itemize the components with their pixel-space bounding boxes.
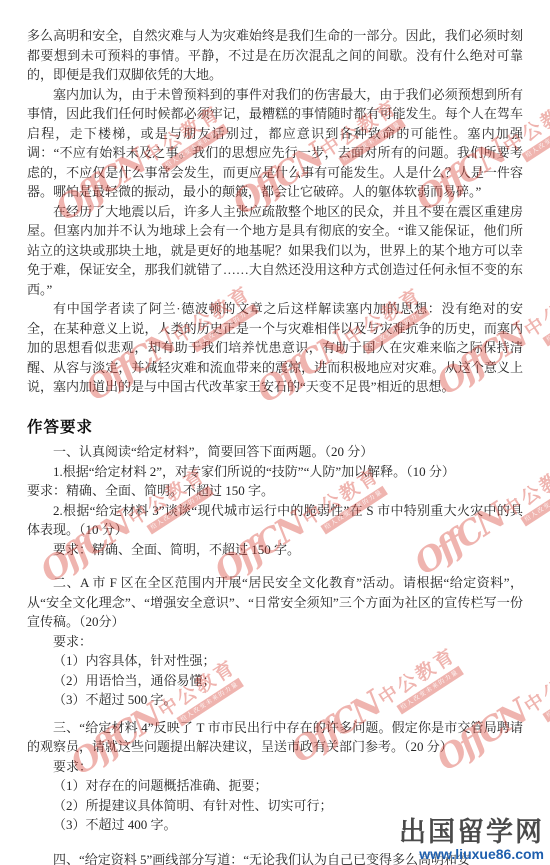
question-2-requirement: （3）不超过 500 字。 [27,690,523,710]
question-2-intro: 二、A 市 F 区在全区范围内开展“居民安全文化教育”活动。请根据“给定资料”，… [27,573,523,632]
question-1-sub2-requirement: 要求：精确、全面、简明，不超过 150 字。 [27,540,523,560]
answer-requirements-heading: 作答要求 [27,418,523,438]
essay-paragraph: 在经历了大地震以后，许多人主张应疏散整个地区的民众，并且不要在震区重建房屋。但塞… [27,202,523,300]
question-2-requirement: （2）用语恰当，通俗易懂； [27,671,523,691]
question-3-requirement: （3）不超过 400 字。 [27,815,523,835]
question-1-sub2: 2.根据“给定材料 3”谈谈“现代城市运行中的脆弱性”在 S 市中特别重大火灾中… [27,501,523,540]
offcn-slogan-ribbon: 给人改变未来的力量 [542,298,550,346]
offcn-slogan-ribbon: 给人改变未来的力量 [521,114,550,162]
offcn-slogan-ribbon: 给人改变未来的力量 [542,674,550,722]
question-1-intro: 一、认真阅读“给定材料”，简要回答下面两题。（20 分） [27,442,523,462]
question-3-requirement-label: 要求： [27,757,523,777]
question-4-intro: 四、“给定资料 5”画线部分写道：“无论我们认为自己已变得多么高明和安 [27,850,523,865]
exam-material-page: 多么高明和安全，自然灾难与人为灾难始终是我们生命的一部分。因此，我们必须时刻都要… [0,0,550,865]
offcn-brand-chinese: 中公教育 [518,272,550,343]
offcn-slogan-ribbon: 给人改变未来的力量 [520,478,550,526]
essay-paragraph: 多么高明和安全，自然灾难与人为灾难始终是我们生命的一部分。因此，我们必须时刻都要… [27,26,523,85]
question-3-intro: 三、“给定材料 4”反映了 T 市市民出行中存在的许多问题。假定你是市交管局聘请… [27,718,523,757]
essay-paragraph: 塞内加认为，由于未曾预料到的事件对我们的伤害最大，由于我们必须预想到所有事情，因… [27,85,523,202]
question-1-sub1-requirement: 要求：精确、全面、简明。不超过 150 字。 [27,481,523,501]
question-3-requirement: （2）所提建议具体简明、有针对性、切实可行； [27,796,523,816]
question-2-requirement-label: 要求： [27,632,523,652]
question-1-sub1: 1.根据“给定材料 2”，对专家们所说的“技防”“人防”加以解释。（10 分） [27,462,523,482]
question-3-requirement: （1）对存在的问题概括准确、扼要； [27,776,523,796]
offcn-brand-chinese: 中公教育 [518,648,550,719]
document-body: 多么高明和安全，自然灾难与人为灾难始终是我们生命的一部分。因此，我们必须时刻都要… [27,26,523,865]
essay-paragraph: 有中国学者读了阿兰·德波顿的文章之后这样解读塞内加的思想：没有绝对的安全，在某种… [27,299,523,397]
question-2-requirement: （1）内容具体，针对性强； [27,651,523,671]
